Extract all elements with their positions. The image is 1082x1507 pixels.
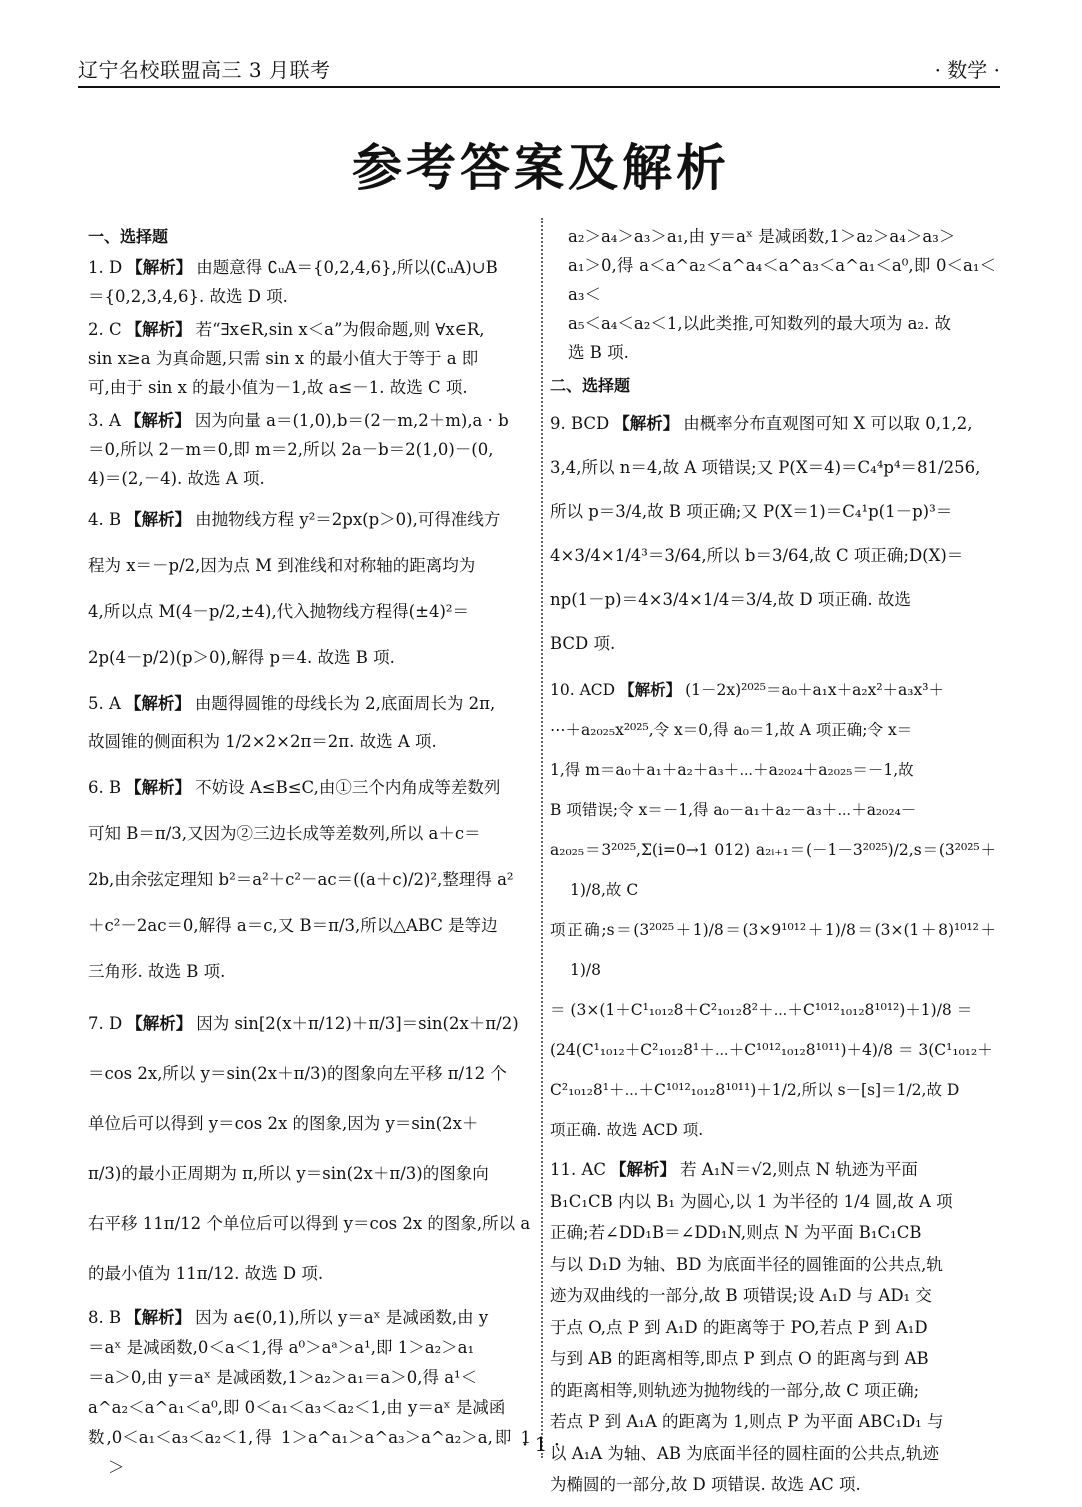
text-line: B 项错误;令 x＝－1,得 a₀－a₁＋a₂－a₃＋⋯＋a₂₀₂₄－ [570,790,996,830]
text-line: a^a₂＜a^a₁＜a⁰,即 0＜a₁＜a₃＜a₂＜1,由 y＝aˣ 是减函 [108,1393,531,1423]
text-line: np(1－p)＝4×3/4×1/4＝3/4,故 D 项正确. 故选 [570,578,996,622]
text-line: a₂＞a₄＞a₃＞a₁,由 y＝aˣ 是减函数,1＞a₂＞a₄＞a₃＞ [568,222,996,251]
text-line: 3,4,所以 n＝4,故 A 项错误;又 P(X＝4)＝C₄⁴p⁴＝81/256… [570,446,996,490]
text-line: ＝0,所以 2－m＝0,即 m＝2,所以 2a－b＝2(1,0)－(0, [108,435,531,464]
text-line: 由概率分布直观图可知 X 可以取 0,1,2, [683,414,972,433]
answer-item-10: 10. ACD【解析】(1－2x)²⁰²⁵＝a₀＋a₁x＋a₂x²＋a₃x³＋ … [550,670,996,1150]
answer-item-4: 4. B【解析】由抛物线方程 y²＝2px(p＞0),可得准线方 程为 x＝－p… [88,497,531,681]
text-line: ＝cos 2x,所以 y＝sin(2x＋π/3)的图象向左平移 π/12 个 [108,1049,531,1099]
text-line: 4×3/4×1/4³＝3/64,所以 b＝3/64,故 C 项正确;D(X)＝ [570,534,996,578]
text-line: 右平移 11π/12 个单位后可以得到 y＝cos 2x 的图象,所以 a [108,1199,531,1249]
answer-number: 6. B [88,778,121,797]
answer-item-8: 8. B【解析】因为 a∈(0,1),所以 y＝aˣ 是减函数,由 y ＝aˣ … [88,1303,531,1483]
analysis-tag: 【解析】 [126,320,192,339]
text-line: ＝ (3×(1＋C¹₁₀₁₂8＋C²₁₀₁₂8²＋⋯＋C¹⁰¹²₁₀₁₂8¹⁰¹… [570,990,996,1030]
answer-number: 11. AC [550,1160,606,1179]
text-line: 所以 p＝3/4,故 B 项正确;又 P(X＝1)＝C₄¹p(1－p)³＝ [570,490,996,534]
text-line: 因为 sin[2(x＋π/12)＋π/3]＝sin(2x＋π/2) [196,1014,518,1033]
exam-name: 辽宁名校联盟高三 3 月联考 [78,54,330,86]
section-heading-2: 二、选择题 [550,371,996,400]
answer-number: 9. BCD [550,414,609,433]
text-line: 可,由于 sin x 的最小值为－1,故 a≤－1. 故选 C 项. [108,373,531,402]
text-line: 因为 a∈(0,1),所以 y＝aˣ 是减函数,由 y [195,1308,488,1327]
text-line: a₅＜a₄＜a₂＜1,以此类推,可知数列的最大项为 a₂. 故 [568,309,996,338]
answer-number: 5. A [88,694,121,713]
text-line: 2b,由余弦定理知 b²＝a²＋c²－ac＝((a＋c)/2)²,整理得 a² [108,857,531,903]
text-line: 的距离相等,则轨迹为抛物线的一部分,故 C 项正确; [570,1375,996,1407]
answer-item-7: 7. D【解析】因为 sin[2(x＋π/12)＋π/3]＝sin(2x＋π/2… [88,999,531,1299]
text-line: π/3)的最小正周期为 π,所以 y＝sin(2x＋π/3)的图象向 [108,1149,531,1199]
answer-number: 7. D [88,1014,122,1033]
analysis-tag: 【解析】 [613,414,679,433]
text-line: 1,得 m＝a₀＋a₁＋a₂＋a₃＋⋯＋a₂₀₂₄＋a₂₀₂₅＝－1,故 [570,750,996,790]
answer-number: 2. C [88,320,122,339]
answer-item-8-continued: a₂＞a₄＞a₃＞a₁,由 y＝aˣ 是减函数,1＞a₂＞a₄＞a₃＞ a₁＞0… [550,222,996,367]
answer-number: 1. D [88,258,122,277]
analysis-tag: 【解析】 [610,1160,676,1179]
text-line: 选 B 项. [568,338,996,367]
text-line: 若 A₁N＝√2,则点 N 轨迹为平面 [680,1160,918,1179]
text-line: a₂₀₂₅＝3²⁰²⁵,Σ(i=0→1 012) a₂ᵢ₊₁＝(－1－3²⁰²⁵… [570,830,996,910]
subject-label: · 数学 · [935,54,1000,86]
text-line: 由题得圆锥的母线长为 2,底面周长为 2π, [195,694,495,713]
text-line: 为椭圆的一部分,故 D 项错误. 故选 AC 项. [570,1469,996,1501]
text-line: B₁C₁CB 内以 B₁ 为圆心,以 1 为半径的 1/4 圆,故 A 项 [570,1186,996,1218]
text-line: 三角形. 故选 B 项. [108,949,531,995]
analysis-tag: 【解析】 [126,1014,192,1033]
answer-item-9: 9. BCD【解析】由概率分布直观图可知 X 可以取 0,1,2, 3,4,所以… [550,402,996,666]
analysis-tag: 【解析】 [126,258,192,277]
text-line: 由题意得 ∁ᵤA＝{0,2,4,6},所以(∁ᵤA)∪B [196,258,498,277]
text-line: 正确;若∠DD₁B＝∠DD₁N,则点 N 为平面 B₁C₁CB [570,1217,996,1249]
text-line: ＝{0,2,3,4,6}. 故选 D 项. [108,282,531,311]
text-line: sin x≥a 为真命题,只需 sin x 的最小值大于等于 a 即 [108,344,531,373]
right-column: a₂＞a₄＞a₃＞a₁,由 y＝aˣ 是减函数,1＞a₂＞a₄＞a₃＞ a₁＞0… [550,222,996,1505]
column-divider [541,218,543,1458]
text-line: 项正确. 故选 ACD 项. [570,1110,996,1150]
text-line: 迹为双曲线的一部分,故 B 项错误;设 A₁D 与 AD₁ 交 [570,1280,996,1312]
answer-item-2: 2. C【解析】若“∃x∈R,sin x＜a”为假命题,则 ∀x∈R, sin … [88,315,531,402]
text-line: (24(C¹₁₀₁₂＋C²₁₀₁₂8¹＋⋯＋C¹⁰¹²₁₀₁₂8¹⁰¹¹)＋4)… [570,1030,996,1070]
text-line: 4,所以点 M(4－p/2,±4),代入抛物线方程得(±4)²＝ [108,589,531,635]
answer-number: 3. A [88,411,121,430]
text-line: 因为向量 a＝(1,0),b＝(2－m,2＋m),a · b [195,411,509,430]
text-line: 若“∃x∈R,sin x＜a”为假命题,则 ∀x∈R, [196,320,485,339]
analysis-tag: 【解析】 [619,681,681,699]
text-line: 的最小值为 11π/12. 故选 D 项. [108,1249,531,1299]
text-line: 项正确;s＝(3²⁰²⁵＋1)/8＝(3×9¹⁰¹²＋1)/8＝(3×(1＋8)… [570,910,996,990]
page-header: 辽宁名校联盟高三 3 月联考 · 数学 · [78,56,1000,88]
text-line: (1－2x)²⁰²⁵＝a₀＋a₁x＋a₂x²＋a₃x³＋ [685,681,944,699]
text-line: 不妨设 A≤B≤C,由①三个内角成等差数列 [195,778,500,797]
text-line: 可知 B＝π/3,又因为②三边长成等差数列,所以 a＋c＝ [108,811,531,857]
answer-item-5: 5. A【解析】由题得圆锥的母线长为 2,底面周长为 2π, 故圆锥的侧面积为 … [88,685,531,761]
text-line: BCD 项. [570,622,996,666]
text-line: 故圆锥的侧面积为 1/2×2×2π＝2π. 故选 A 项. [108,723,531,761]
text-line: 与到 AB 的距离相等,即点 P 到点 O 的距离与到 AB [570,1343,996,1375]
text-line: 2p(4－p/2)(p＞0),解得 p＝4. 故选 B 项. [108,635,531,681]
text-line: 与以 D₁D 为轴、BD 为底面半径的圆锥面的公共点,轨 [570,1249,996,1281]
answer-item-1: 1. D【解析】由题意得 ∁ᵤA＝{0,2,4,6},所以(∁ᵤA)∪B ＝{0… [88,253,531,311]
answer-number: 8. B [88,1308,121,1327]
answer-number: 4. B [88,510,121,529]
analysis-tag: 【解析】 [125,1308,191,1327]
text-line: 于点 O,点 P 到 A₁D 的距离等于 PO,若点 P 到 A₁D [570,1312,996,1344]
text-line: ＋c²－2ac＝0,解得 a＝c,又 B＝π/3,所以△ABC 是等边 [108,903,531,949]
page-number: · 1 · [0,1432,1082,1456]
analysis-tag: 【解析】 [125,778,191,797]
answer-item-3: 3. A【解析】因为向量 a＝(1,0),b＝(2－m,2＋m),a · b ＝… [88,406,531,493]
text-line: C²₁₀₁₂8¹＋⋯＋C¹⁰¹²₁₀₁₂8¹⁰¹¹)＋1/2,所以 s－[s]＝… [570,1070,996,1110]
text-line: 程为 x＝－p/2,因为点 M 到准线和对称轴的距离均为 [108,543,531,589]
analysis-tag: 【解析】 [125,694,191,713]
text-line: 由抛物线方程 y²＝2px(p＞0),可得准线方 [195,510,500,529]
text-line: 单位后可以得到 y＝cos 2x 的图象,因为 y＝sin(2x＋ [108,1099,531,1149]
analysis-tag: 【解析】 [125,510,191,529]
left-column: 一、选择题 1. D【解析】由题意得 ∁ᵤA＝{0,2,4,6},所以(∁ᵤA)… [88,222,531,1487]
analysis-tag: 【解析】 [125,411,191,430]
answer-number: 10. ACD [550,681,615,699]
text-line: a₁＞0,得 a＜a^a₂＜a^a₄＜a^a₃＜a^a₁＜a⁰,即 0＜a₁＜a… [568,251,996,309]
text-line: ＝aˣ 是减函数,0＜a＜1,得 a⁰＞aᵃ＞a¹,即 1＞a₂＞a₁ [108,1333,531,1363]
page-title: 参考答案及解析 [0,128,1082,200]
text-line: ⋯＋a₂₀₂₅x²⁰²⁵,令 x＝0,得 a₀＝1,故 A 项正确;令 x＝ [570,710,996,750]
section-heading-1: 一、选择题 [88,222,531,251]
text-line: ＝a＞0,由 y＝aˣ 是减函数,1＞a₂＞a₁＝a＞0,得 a¹＜ [108,1363,531,1393]
text-line: 4)＝(2,－4). 故选 A 项. [108,464,531,493]
answer-item-6: 6. B【解析】不妨设 A≤B≤C,由①三个内角成等差数列 可知 B＝π/3,又… [88,765,531,995]
